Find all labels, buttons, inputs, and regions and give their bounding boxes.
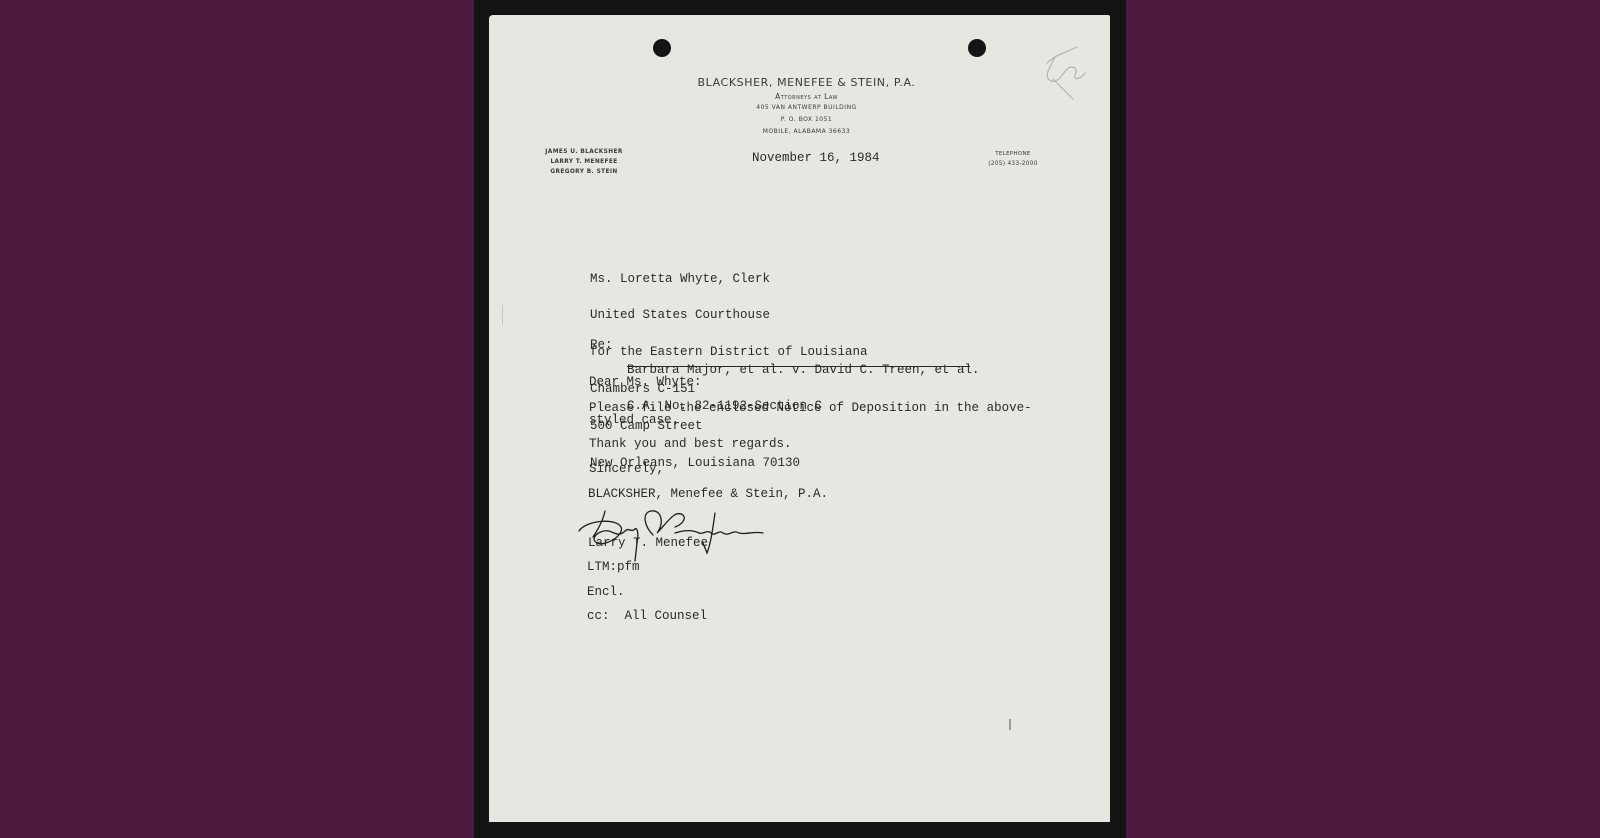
re-label: Re: — [590, 339, 613, 351]
telephone-number: (205) 433-2000 — [973, 159, 1053, 169]
letter-date: November 16, 1984 — [752, 151, 880, 165]
letter-page: BLACKSHER, MENEFEE & STEIN, P.A. Attorne… — [489, 15, 1110, 822]
typist-initials: LTM:pfm — [587, 561, 640, 573]
paper-speck — [1009, 719, 1011, 730]
firm-name-heading: BLACKSHER, MENEFEE & STEIN, P.A. — [496, 76, 1117, 89]
recipient-line: United States Courthouse — [590, 309, 868, 321]
paper-speck — [502, 305, 503, 325]
signer-name: Larry T. Menefee — [588, 537, 708, 549]
partner-name: James U. Blacksher — [529, 147, 639, 157]
body-paragraph-1: Please file the enclosed Notice of Depos… — [589, 402, 1032, 427]
telephone-label: Telephone — [973, 149, 1053, 159]
punch-hole-left — [653, 39, 671, 57]
body-paragraph-2: Thank you and best regards. — [589, 438, 792, 450]
firm-address-city: Mobile, Alabama 36633 — [496, 128, 1117, 135]
partner-name: Gregory B. Stein — [529, 167, 639, 177]
re-underline-rule — [627, 366, 970, 367]
firm-address-building: 405 Van Antwerp Building — [496, 104, 1117, 111]
closing: Sincerely, — [589, 463, 664, 475]
enclosure-note: Encl. — [587, 586, 625, 598]
firm-subtitle: Attorneys at Law — [496, 92, 1117, 101]
cc-line: cc: All Counsel — [587, 610, 707, 622]
firm-signature-line: BLACKSHER, Menefee & Stein, P.A. — [588, 488, 828, 500]
salutation: Dear Ms. Whyte: — [589, 376, 702, 388]
recipient-line: Ms. Loretta Whyte, Clerk — [590, 273, 868, 285]
firm-address-po-box: P. O. Box 1051 — [496, 116, 1117, 123]
telephone-block: Telephone (205) 433-2000 — [973, 149, 1053, 169]
punch-hole-right — [968, 39, 986, 57]
partner-name: Larry T. Menefee — [529, 157, 639, 167]
partner-list: James U. Blacksher Larry T. Menefee Greg… — [529, 147, 639, 177]
